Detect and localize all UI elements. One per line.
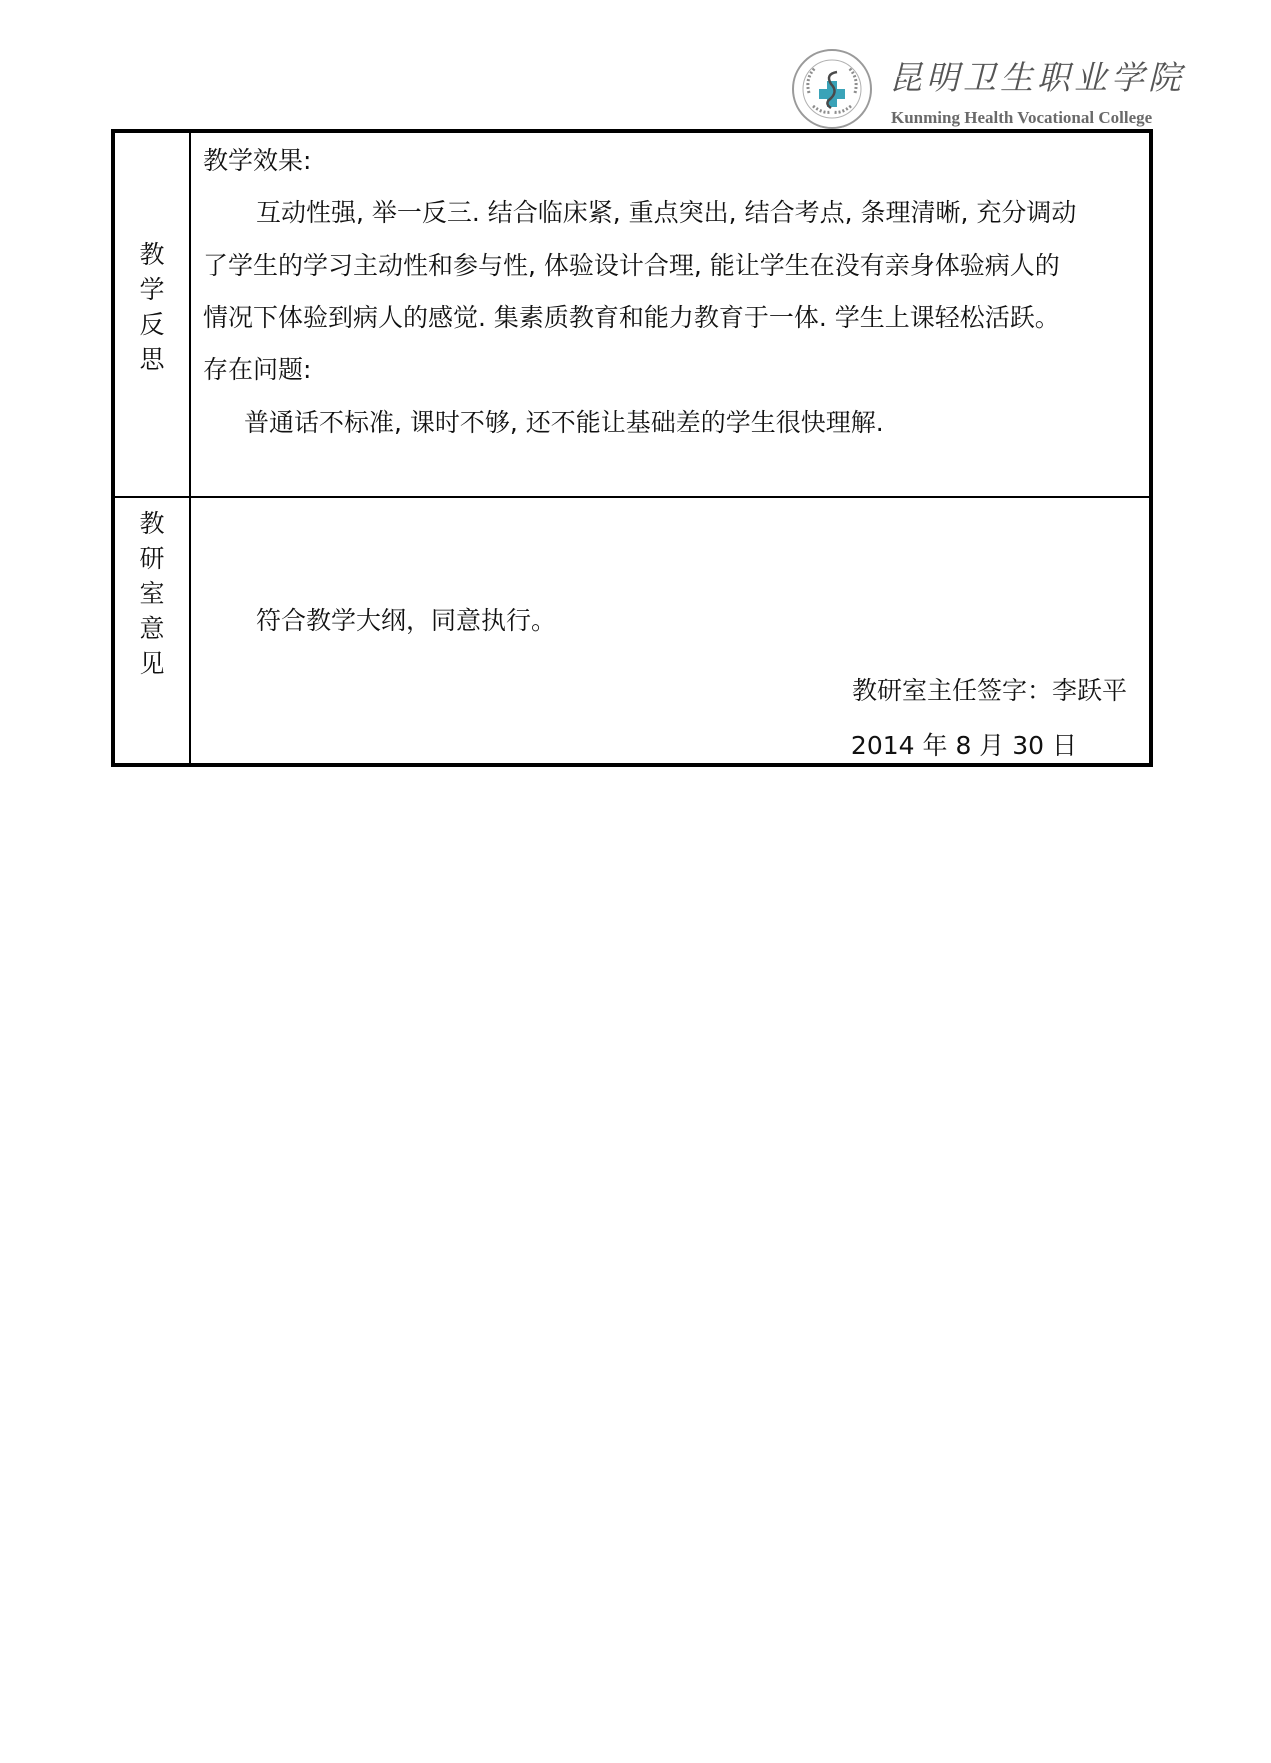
- director-signature: 教研室主任签字：李跃平: [852, 671, 1127, 707]
- row-label-cell: 教 学 反 思: [115, 133, 191, 496]
- school-name-en: Kunming Health Vocational College: [891, 108, 1152, 128]
- signature-date: 2014 年 8 月 30 日: [851, 726, 1077, 762]
- opinion-text: 符合教学大纲，同意执行。: [256, 601, 556, 637]
- school-name-cn: 昆明卫生职业学院: [889, 52, 1185, 99]
- effect-heading: 教学效果:: [203, 146, 311, 176]
- problem-heading: 存在问题:: [203, 355, 311, 385]
- problem-line: 普通话不标准, 课时不够, 还不能让基础差的学生很快理解.: [244, 408, 884, 438]
- row-label-teaching-reflection: 教 学 反 思: [115, 237, 189, 377]
- effect-line: 了学生的学习主动性和参与性, 体验设计合理, 能让学生在没有亲身体验病人的: [203, 251, 1060, 281]
- teaching-record-table: 教 学 反 思 教学效果: 互动性强, 举一反三. 结合临床紧, 重点突出, 结…: [111, 129, 1153, 767]
- teaching-reflection-row: 教 学 反 思 教学效果: 互动性强, 举一反三. 结合临床紧, 重点突出, 结…: [115, 133, 1149, 498]
- effect-line: 情况下体验到病人的感觉. 集素质教育和能力教育于一体. 学生上课轻松活跃。: [203, 303, 1060, 333]
- college-seal-icon: [791, 48, 873, 130]
- college-header-logo: 昆明卫生职业学院 Kunming Health Vocational Colle…: [791, 48, 1181, 128]
- department-opinion-row: 教 研 室 意 见 符合教学大纲，同意执行。 教研室主任签字：李跃平 2014 …: [115, 498, 1149, 763]
- row-label-department-opinion: 教 研 室 意 见: [115, 506, 189, 681]
- reflection-content-cell: 教学效果: 互动性强, 举一反三. 结合临床紧, 重点突出, 结合考点, 条理清…: [191, 133, 1149, 496]
- opinion-content-cell: 符合教学大纲，同意执行。 教研室主任签字：李跃平 2014 年 8 月 30 日: [191, 498, 1149, 763]
- effect-line: 互动性强, 举一反三. 结合临床紧, 重点突出, 结合考点, 条理清晰, 充分调…: [256, 198, 1076, 228]
- row-label-cell: 教 研 室 意 见: [115, 498, 191, 763]
